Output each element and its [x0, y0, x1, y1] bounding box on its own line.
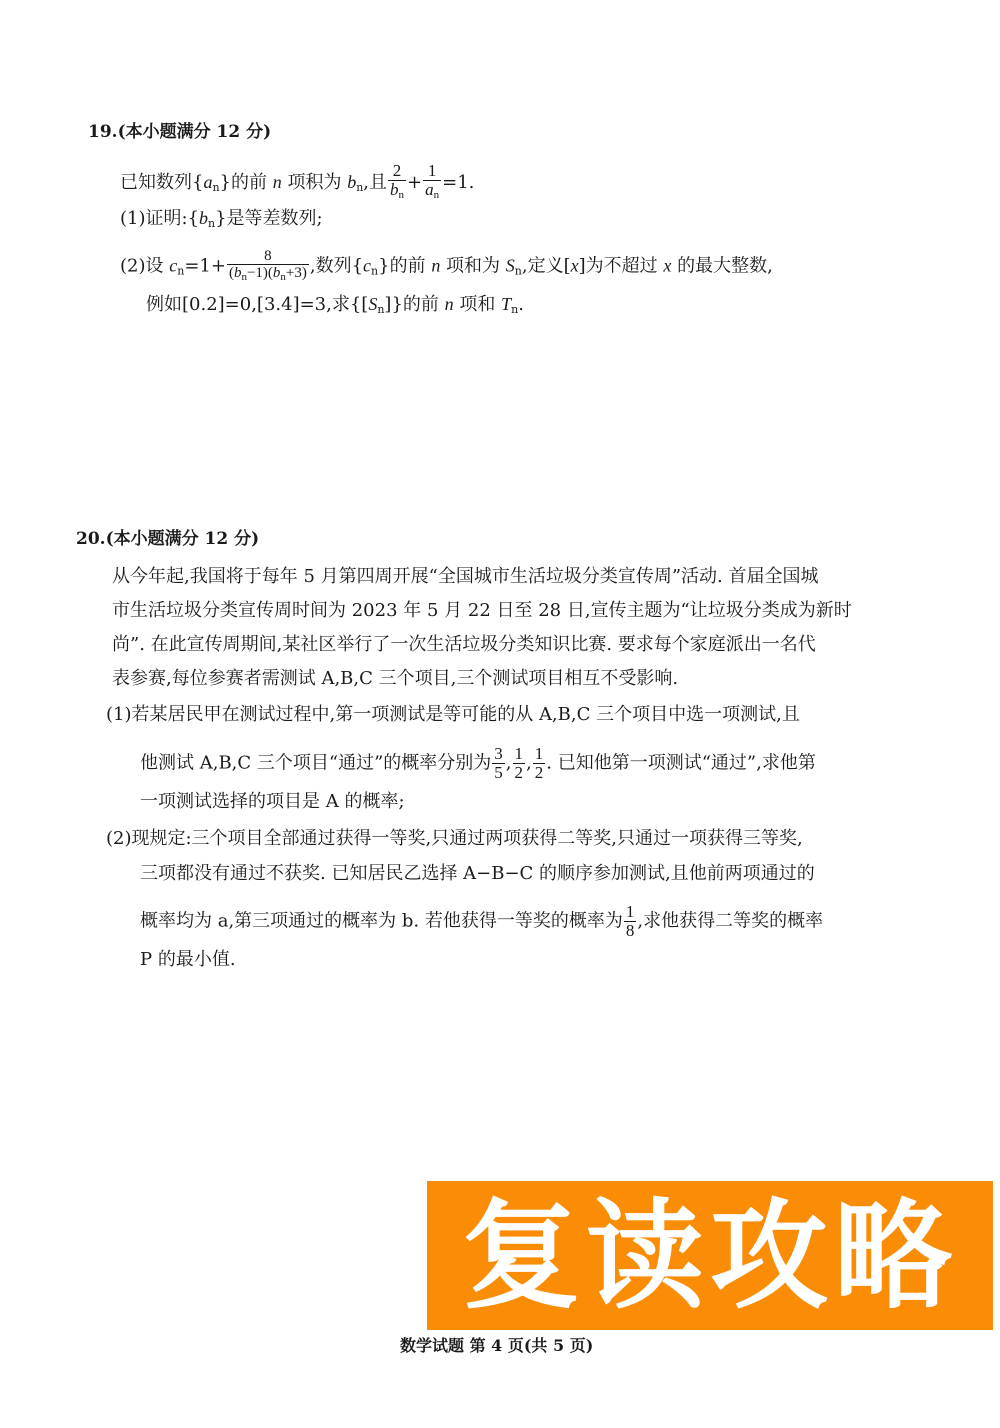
- fraction-2-over-bn: 2bn: [388, 162, 406, 204]
- q20-stem-line-3: 尚”. 在此宣传周期间,某社区举行了一次生活垃圾分类知识比赛. 要求每个家庭派出…: [112, 633, 816, 657]
- comma: ,: [526, 753, 532, 774]
- equals-one: =1.: [442, 172, 474, 193]
- text: 概率均为 a,第三项通过的概率为 b. 若他获得一等奖的概率为: [140, 911, 623, 932]
- var-S: S: [368, 294, 377, 314]
- q19-part2-line1: (2)设 cn=1+8(bn−1)(bn+3),数列{cn}的前 n 项和为 S…: [120, 248, 773, 285]
- q20-stem-line-2: 市生活垃圾分类宣传周时间为 2023 年 5 月 22 日至 28 日,宣传主题…: [112, 599, 852, 623]
- q20-part2-line3: 概率均为 a,第三项通过的概率为 b. 若他获得一等奖的概率为18,求他获得二等…: [140, 903, 823, 940]
- text: =1+: [184, 256, 226, 277]
- text: 例如[0.2]=0,[3.4]=3,求{[: [146, 294, 368, 315]
- numerator: 1: [624, 903, 637, 921]
- text: }的前: [220, 172, 273, 193]
- q20-header: 20.(本小题满分 12 分): [76, 527, 259, 551]
- q20-part2-line2: 三项都没有通过不获奖. 已知居民乙选择 A−B−C 的顺序参加测试,且他前两项通…: [140, 862, 815, 886]
- prob-a: 35: [492, 745, 505, 782]
- numerator: 8: [227, 248, 309, 264]
- comma: ,: [506, 753, 512, 774]
- text: ]为不超过: [579, 256, 664, 277]
- var-T: T: [501, 294, 511, 314]
- sub-n: n: [212, 181, 219, 194]
- var-n: n: [445, 294, 454, 314]
- denominator: 2: [513, 763, 526, 782]
- var-n: n: [273, 172, 282, 192]
- q19-header: 19.(本小题满分 12 分): [88, 120, 271, 144]
- fraction-1-over-8: 18: [624, 903, 637, 940]
- text: +3): [286, 265, 307, 281]
- text: 已知数列{: [120, 172, 203, 193]
- fraction-8-over-product: 8(bn−1)(bn+3): [227, 248, 309, 285]
- q19-stem: 已知数列{an}的前 n 项积为 bn,且2bn+1an=1.: [120, 162, 474, 204]
- denominator: (bn−1)(bn+3): [227, 264, 309, 285]
- sub-n: n: [399, 189, 405, 201]
- numerator: 3: [492, 745, 505, 763]
- var-a: a: [425, 180, 434, 199]
- denominator: an: [423, 180, 441, 204]
- text: 他测试 A,B,C 三个项目“通过”的概率分别为: [140, 753, 491, 774]
- text: }的前: [378, 256, 431, 277]
- text: .: [518, 294, 524, 315]
- numerator: 1: [533, 745, 546, 763]
- var-b: b: [199, 208, 208, 228]
- text: . 已知他第一项测试“通过”,求他第: [546, 753, 816, 774]
- denominator: 2: [533, 763, 546, 782]
- q19-part2-line2: 例如[0.2]=0,[3.4]=3,求{[Sn]}的前 n 项和 Tn.: [146, 292, 524, 322]
- var-n: n: [431, 256, 440, 276]
- text: ,求他获得二等奖的概率: [637, 911, 823, 932]
- text: (1)证明:{: [120, 208, 199, 229]
- q19-part1: (1)证明:{bn}是等差数列;: [120, 206, 323, 236]
- text: 项积为: [282, 172, 347, 193]
- text: 项和为: [440, 256, 505, 277]
- q20-part1-line1: (1)若某居民甲在测试过程中,第一项测试是等可能的从 A,B,C 三个项目中选一…: [106, 703, 800, 727]
- text: ,数列{: [310, 256, 363, 277]
- text: }是等差数列;: [215, 208, 323, 229]
- q20-stem-line-4: 表参赛,每位参赛者需测试 A,B,C 三个项目,三个测试项目相互不受影响.: [112, 667, 678, 691]
- denominator: bn: [388, 180, 406, 204]
- var-x: x: [571, 256, 579, 276]
- prob-c: 12: [533, 745, 546, 782]
- text: ,定义[: [522, 256, 571, 277]
- text: 项和: [454, 294, 501, 315]
- plus: +: [407, 172, 422, 193]
- sub-n: n: [515, 265, 522, 278]
- q20-part1-line3: 一项测试选择的项目是 A 的概率;: [140, 790, 405, 814]
- watermark-banner: 复读攻略: [427, 1181, 993, 1330]
- fraction-1-over-an: 1an: [423, 162, 441, 204]
- numerator: 1: [423, 162, 441, 180]
- var-S: S: [506, 256, 515, 276]
- page-footer: 数学试题 第 4 页(共 5 页): [400, 1333, 593, 1356]
- numerator: 2: [388, 162, 406, 180]
- text: −1)(: [247, 265, 273, 281]
- prob-b: 12: [513, 745, 526, 782]
- denominator: 8: [624, 921, 637, 940]
- q20-part2-line4: P 的最小值.: [140, 948, 236, 972]
- var-c: c: [363, 256, 371, 276]
- var-b: b: [347, 172, 356, 192]
- q20-part1-line2: 他测试 A,B,C 三个项目“通过”的概率分别为35,12,12. 已知他第一项…: [140, 745, 816, 782]
- q20-part2-line1: (2)现规定:三个项目全部通过获得一等奖,只通过两项获得二等奖,只通过一项获得三…: [106, 827, 803, 851]
- text: 的最大整数,: [671, 256, 772, 277]
- text: ,且: [363, 172, 387, 193]
- sub-n: n: [434, 189, 440, 201]
- denominator: 5: [492, 763, 505, 782]
- var-b: b: [390, 180, 399, 199]
- numerator: 1: [513, 745, 526, 763]
- watermark-text: 复读攻略: [462, 1197, 958, 1315]
- text: (2)设: [120, 256, 169, 277]
- text: ]}的前: [384, 294, 444, 315]
- q20-stem-line-1: 从今年起,我国将于每年 5 月第四周开展“全国城市生活垃圾分类宣传周”活动. 首…: [112, 565, 818, 589]
